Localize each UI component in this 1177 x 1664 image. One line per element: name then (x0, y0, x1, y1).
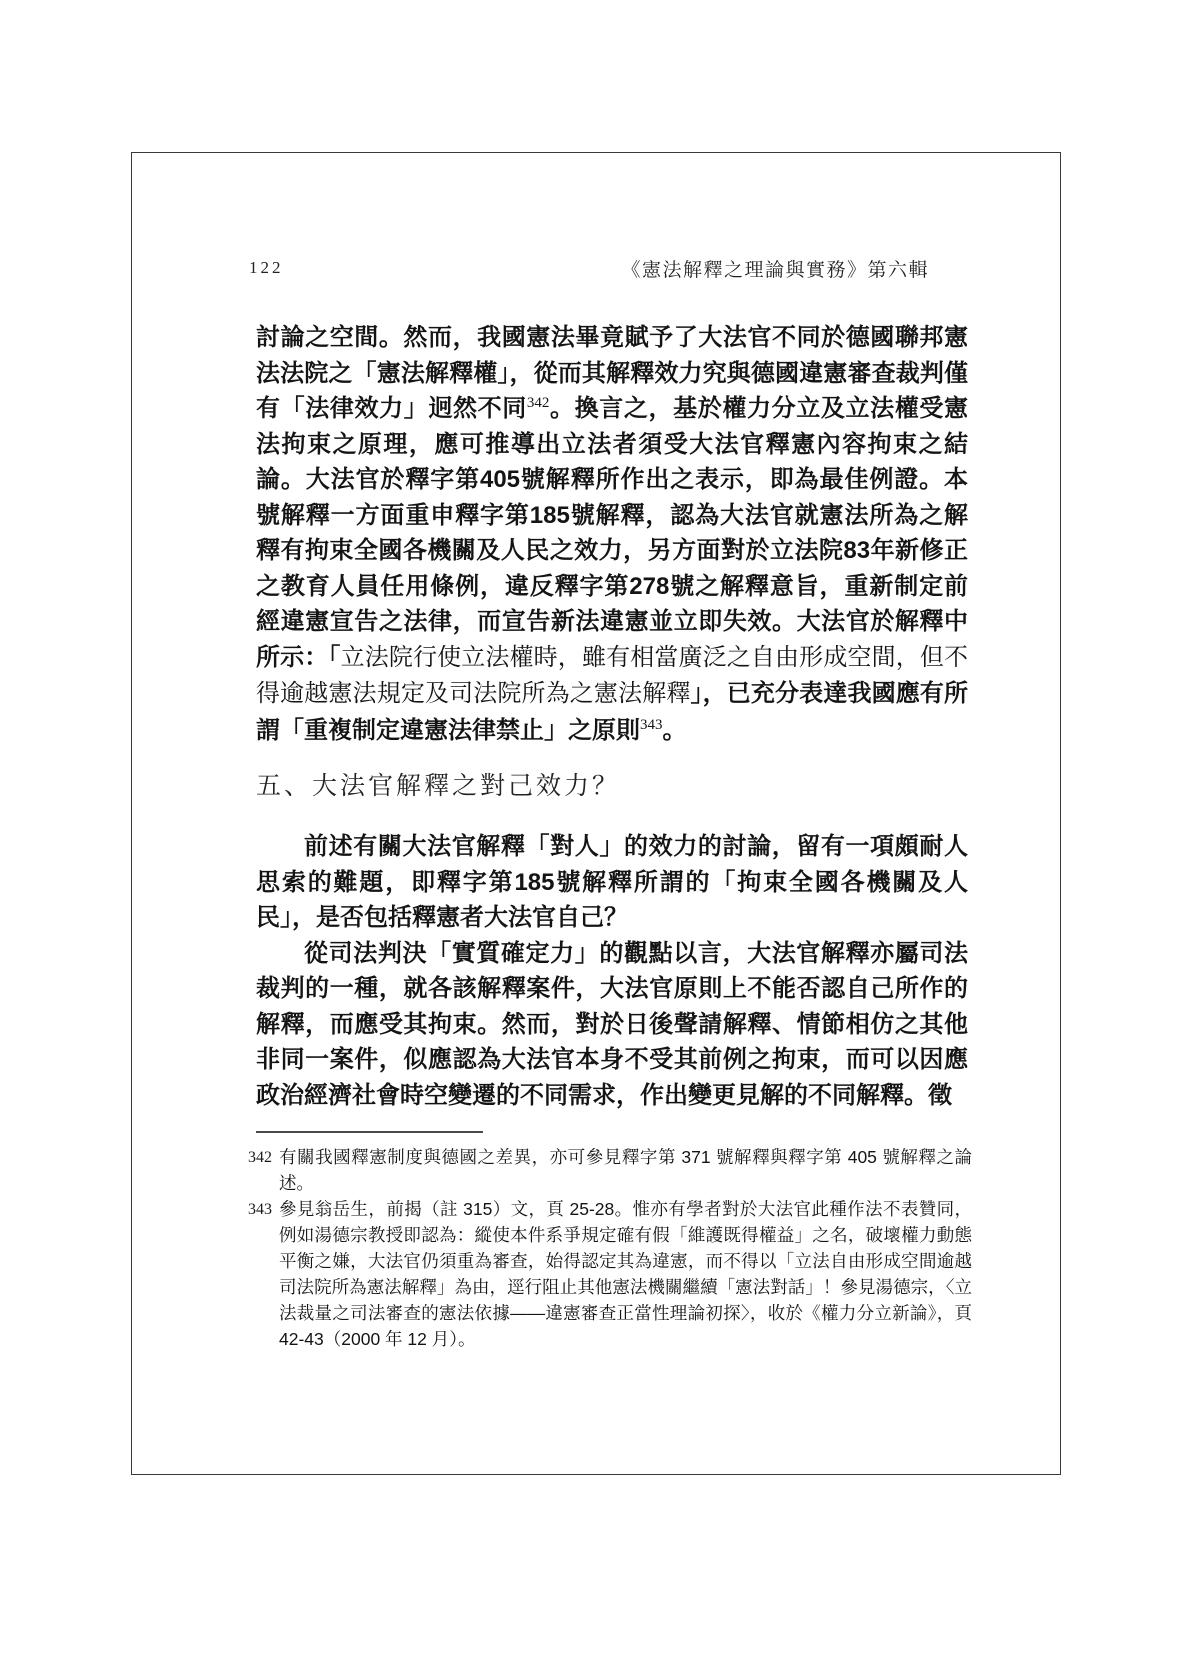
footnote-number: 342 (248, 1144, 279, 1171)
scanned-book-page: 122 《憲法解釋之理論與實務》第六輯 討論之空間。然而，我國憲法畢竟賦予了大法… (0, 0, 1177, 1664)
footnote-number: 343 (248, 1196, 279, 1223)
paragraph-1: 討論之空間。然而，我國憲法畢竟賦予了大法官不同於德國聯邦憲法法院之「憲法解釋權」… (256, 320, 968, 748)
body-text-column: 討論之空間。然而，我國憲法畢竟賦予了大法官不同於德國聯邦憲法法院之「憲法解釋權」… (256, 320, 968, 1113)
footnote-ref-343: 343 (640, 717, 663, 733)
section-heading: 五、大法官解釋之對己效力？ (256, 770, 968, 804)
footnote-separator-rule (256, 1131, 483, 1133)
paragraph-3: 從司法判決「實質確定力」的觀點以言，大法官解釋亦屬司法裁判的一種，就各該解釋案件… (256, 936, 968, 1114)
footnotes-block: 342 有關我國釋憲制度與德國之差異，亦可參見釋字第 371 號解釋與釋字第 4… (248, 1144, 972, 1352)
footnote-343: 343 參見翁岳生，前揭（註 315）文，頁 25-28。惟亦有學者對於大法官此… (248, 1196, 972, 1352)
footnote-text: 有關我國釋憲制度與德國之差異，亦可參見釋字第 371 號解釋與釋字第 405 號… (279, 1144, 972, 1196)
paragraph-1-text-continued: 。換言之，基於權力分立及立法權受憲法拘束之原理，應可推導出立法者須受大法官釋憲內… (256, 395, 968, 671)
page-number: 122 (249, 258, 284, 278)
footnote-342: 342 有關我國釋憲制度與德國之差異，亦可參見釋字第 371 號解釋與釋字第 4… (248, 1144, 972, 1196)
paragraph-1-period: 。 (663, 717, 687, 744)
page-border-frame: 122 《憲法解釋之理論與實務》第六輯 討論之空間。然而，我國憲法畢竟賦予了大法… (131, 152, 1061, 1475)
footnote-text: 參見翁岳生，前揭（註 315）文，頁 25-28。惟亦有學者對於大法官此種作法不… (279, 1196, 972, 1352)
paragraph-2: 前述有關大法官解釋「對人」的效力的討論，留有一項頗耐人思索的難題，即釋字第185… (256, 829, 968, 936)
footnote-ref-342: 342 (527, 395, 550, 411)
running-head-title: 《憲法解釋之理論與實務》第六輯 (621, 255, 929, 282)
